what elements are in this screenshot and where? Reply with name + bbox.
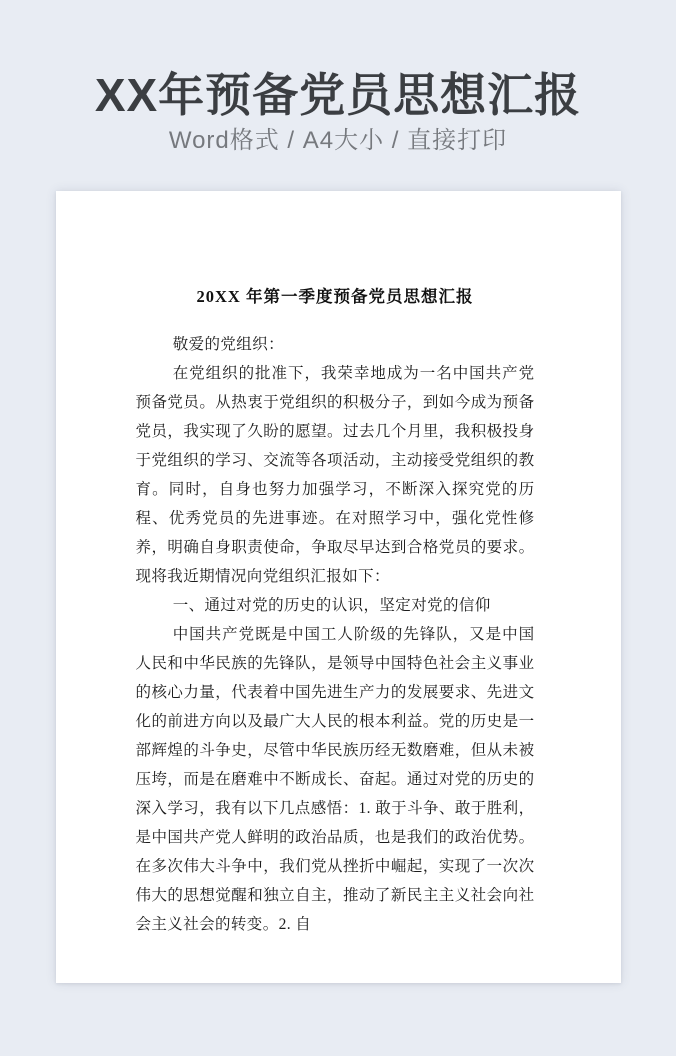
document-title: 20XX 年第一季度预备党员思想汇报 [136,287,535,307]
template-title: XX年预备党员思想汇报 [0,68,676,122]
doc-paragraph: 在党组织的批准下，我荣幸地成为一名中国共产党预备党员。从热衷于党组织的积极分子，… [136,359,535,591]
page-background: { "page": { "background_color": "#e8ecf3… [0,0,676,1056]
doc-heading: 一、通过对党的历史的认识，坚定对党的信仰 [136,591,535,620]
document-page-preview: 20XX 年第一季度预备党员思想汇报 敬爱的党组织：在党组织的批准下，我荣幸地成… [56,191,621,983]
doc-salutation: 敬爱的党组织： [136,330,535,359]
document-body: 敬爱的党组织：在党组织的批准下，我荣幸地成为一名中国共产党预备党员。从热衷于党组… [136,330,535,939]
template-header: XX年预备党员思想汇报 Word格式 / A4大小 / 直接打印 [0,68,676,155]
template-format-info: Word格式 / A4大小 / 直接打印 [0,127,676,155]
doc-paragraph: 中国共产党既是中国工人阶级的先锋队，又是中国人民和中华民族的先锋队，是领导中国特… [136,620,535,939]
